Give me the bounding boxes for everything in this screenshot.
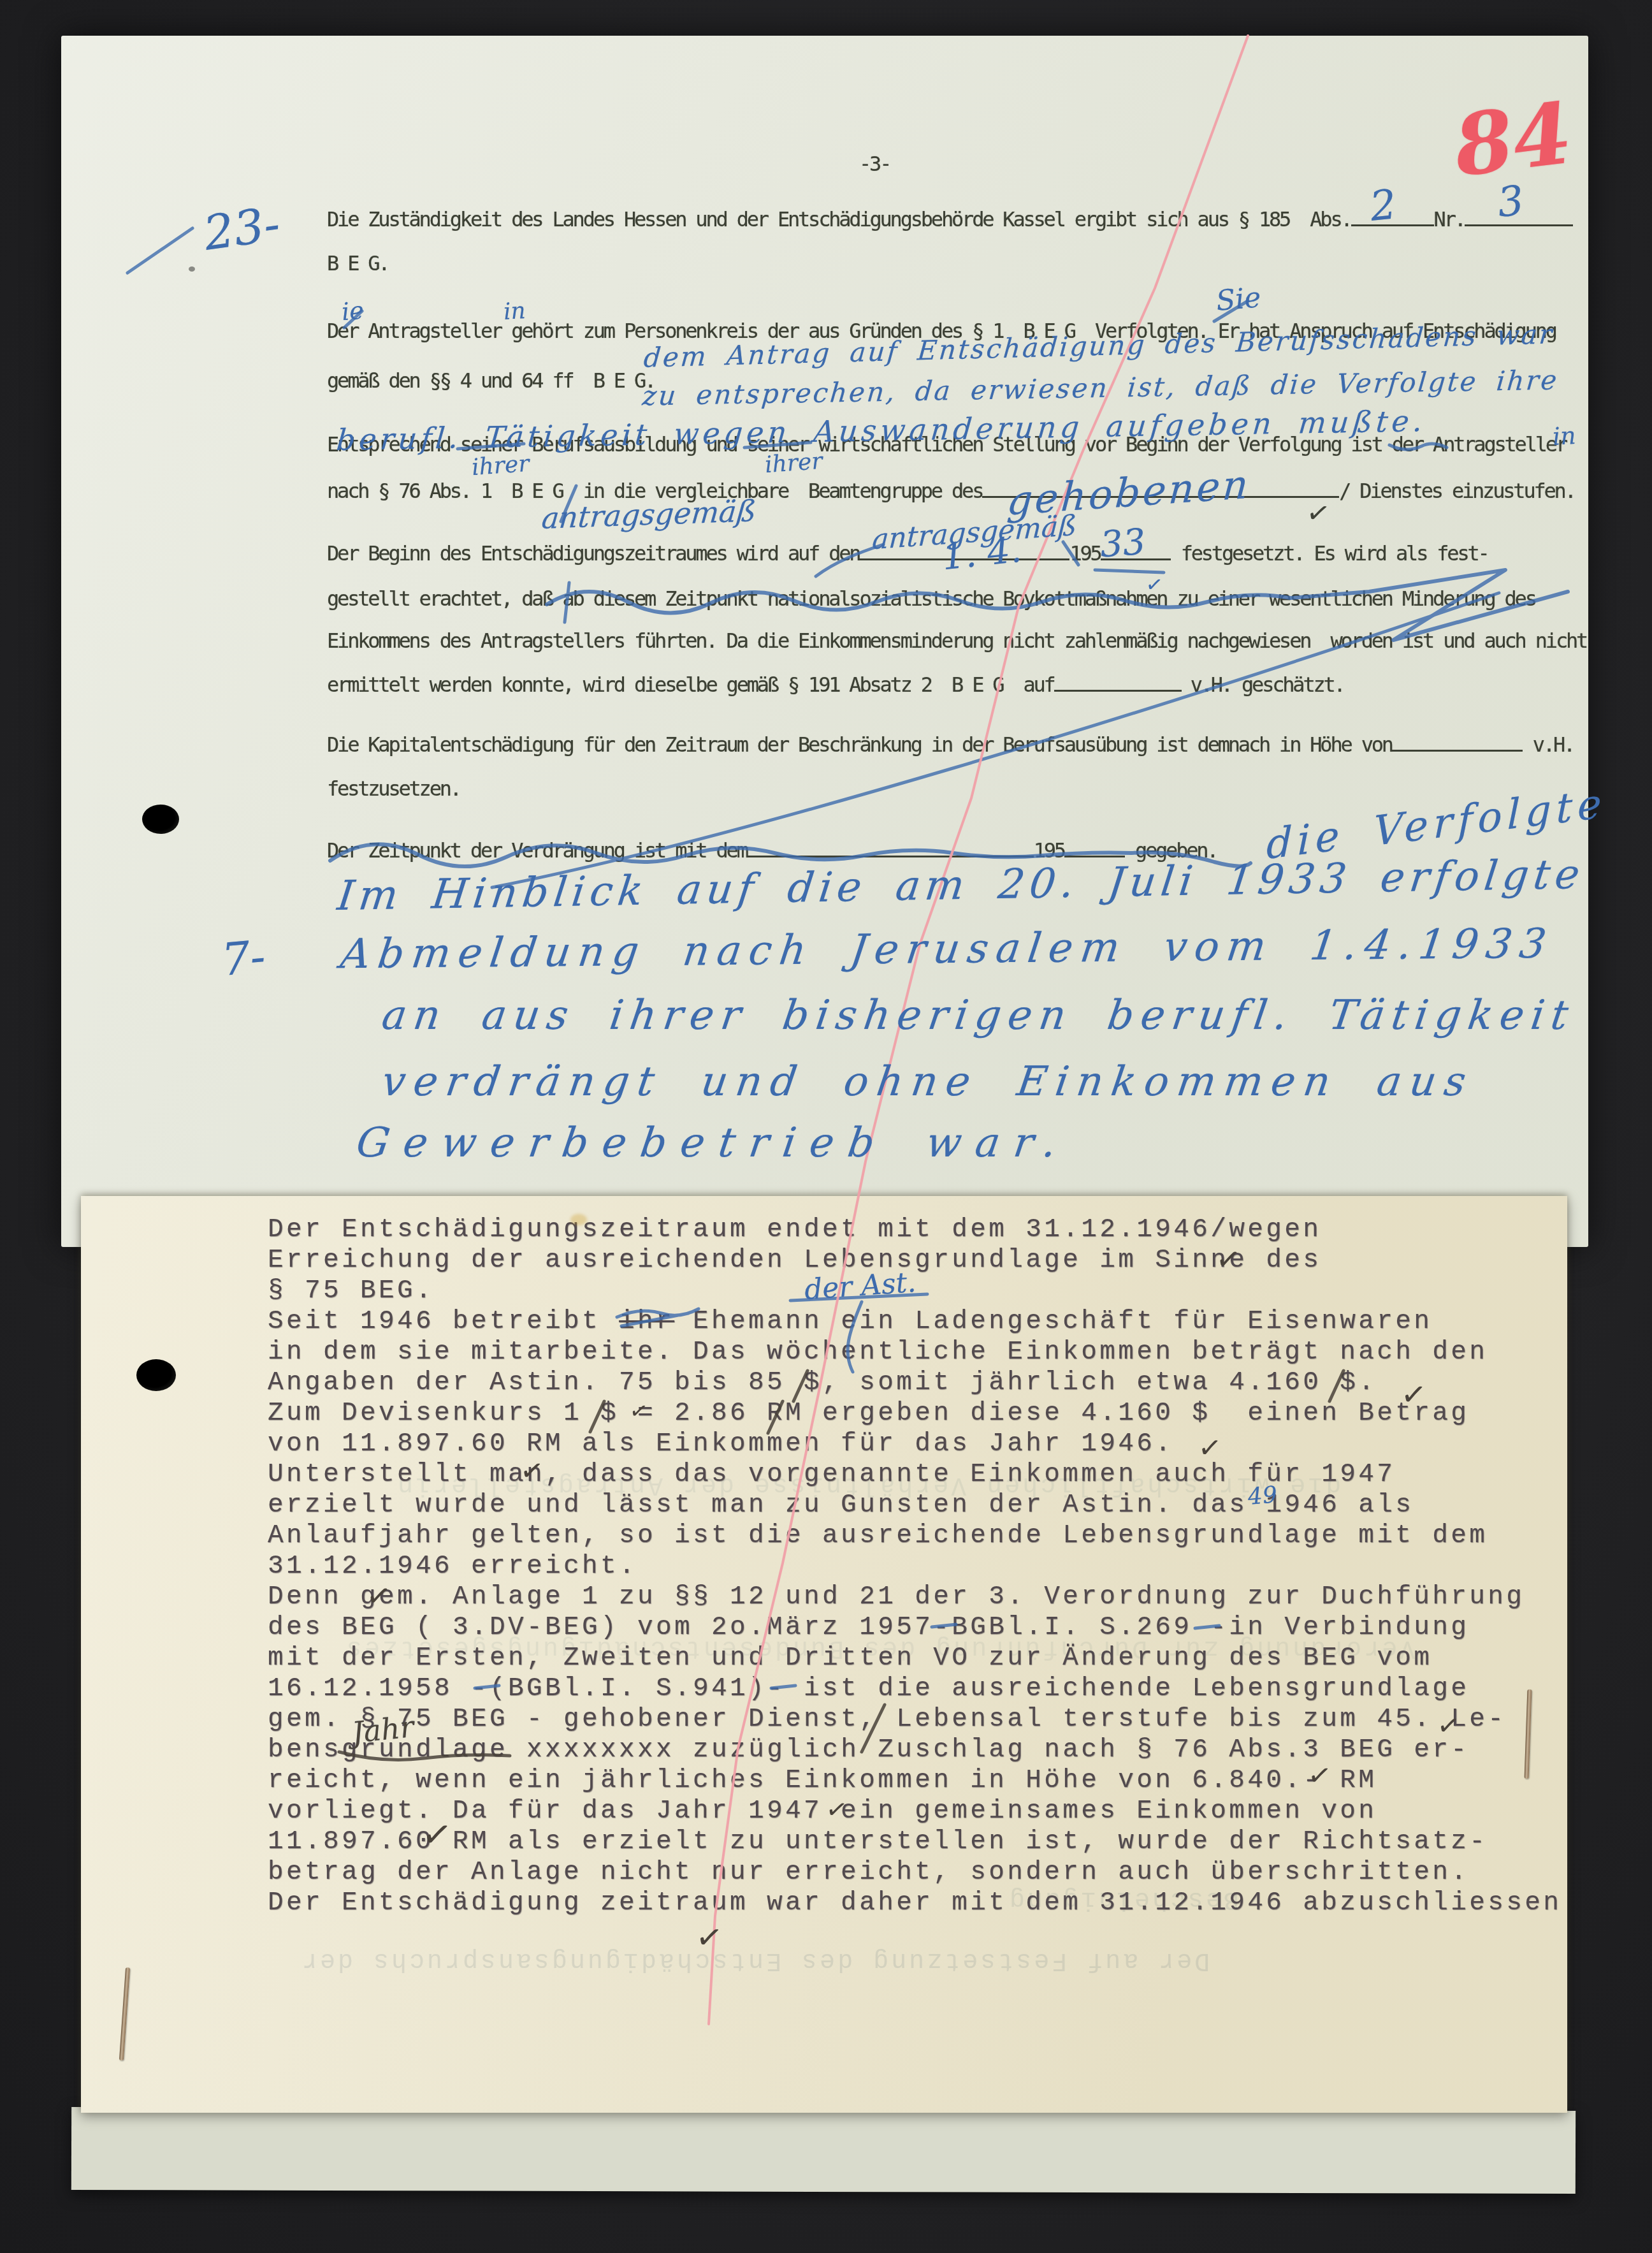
typed-line: in dem sie mitarbeite. Das wöchentliche … (268, 1338, 1488, 1367)
checkmark: ✓ (693, 1917, 725, 1957)
typed-line: Einkommens des Antragstellers führten. D… (327, 629, 1586, 653)
typed-line: bensgrundlage xxxxxxxx zuzüglich Zuschla… (268, 1735, 1469, 1765)
typed-line: 16.12.1958 -(BGBl.I. S.941)- ist die aus… (268, 1674, 1469, 1703)
typed-line: Unterstellt man, dass das vorgenannte Ei… (268, 1460, 1395, 1489)
line-text: / Dienstes einzustufen. (1339, 479, 1575, 503)
form-blank (1392, 731, 1523, 752)
line-text: ermittelt werden konnte, wird dieselbe g… (327, 673, 1054, 697)
handwritten-correction: ie (341, 296, 365, 326)
typed-line: erzielt wurde und lässt man zu Gunsten d… (268, 1491, 1414, 1520)
handwritten-paragraph: verdrängt und ohne Einkommen aus (379, 1058, 1477, 1105)
handwritten-paragraph: an aus ihrer bisherigen berufl. Tätigkei… (379, 992, 1578, 1039)
checkmark: ✓ (1435, 1709, 1462, 1742)
checkmark: ✓ (1196, 1431, 1223, 1466)
paper-smudge (570, 1214, 587, 1225)
page-number: -3- (859, 152, 890, 176)
handwritten-correction: in (1552, 421, 1577, 451)
typed-line: gem. § 75 BEG - gehobener Dienst, Lebens… (268, 1705, 1506, 1734)
checkmark: ✓ (364, 1577, 393, 1615)
checkmark: ✓ (1214, 1241, 1243, 1278)
crossed-word: ihr (619, 1307, 674, 1336)
typed-line: ermittelt werden konnte, wird dieselbe g… (327, 671, 1344, 697)
typed-line: des BEG ( 3.DV-BEG) vom 2o.März 1957-BGB… (268, 1613, 1469, 1642)
typed-line: gestellt erachtet, daß ab diesem Zeitpun… (327, 587, 1535, 611)
typed-line: Der Zeitpunkt der Verdrängung ist mit de… (327, 836, 1217, 863)
typed-line: Der Entschädigungszeitraum endet mit dem… (268, 1215, 1321, 1244)
typed-line: festzusetzen. (327, 777, 460, 801)
form-blank (747, 836, 1034, 857)
line-text: 195 (1069, 541, 1100, 565)
handwritten-paragraph: Gewerbebetrieb war. (354, 1119, 1073, 1167)
typed-line: mit der Ersten, Zweiten und Dritten VO z… (268, 1644, 1432, 1673)
scanned-document: die wirtschaftlichen Verhältnisse der An… (0, 0, 1652, 2253)
typed-line: nach § 76 Abs. 1 B E G in die vergleichb… (327, 477, 1575, 503)
handwritten-correction: Sie (1215, 281, 1262, 317)
checkmark: ✓ (1399, 1376, 1428, 1414)
handwritten-correction: ihrer (764, 448, 823, 478)
typed-line: Zum Devisenkurs 1 $ = 2.86 RM ergeben di… (268, 1399, 1469, 1428)
line-text: festgesetzt. Es wird als fest- (1181, 541, 1488, 565)
checkmark: ✓ (419, 1812, 455, 1858)
typed-line: § 75 BEG. (268, 1276, 434, 1306)
line-text: Der Beginn des Entschädigungszeitraumes … (327, 541, 859, 565)
handwritten-correction: ihrer (471, 451, 530, 481)
paper-speck (189, 266, 195, 272)
typed-line: 31.12.1946 erreicht. (268, 1552, 637, 1581)
typed-line: Seit 1946 betreibt ihr Ehemann ein Laden… (268, 1307, 1432, 1336)
typed-line: von 11.897.60 RM als Einkommen für das J… (268, 1429, 1173, 1459)
handwritten-correction: in (503, 298, 526, 325)
typed-line: Angaben der Astin. 75 bis 85 $, somit jä… (268, 1368, 1377, 1397)
margin-mark-23: 23- (201, 196, 284, 261)
punch-hole (142, 805, 179, 834)
handwritten-fill-year: 33 (1099, 521, 1147, 566)
typed-line: Denn gem. Anlage 1 zu §§ 12 und 21 der 3… (268, 1582, 1525, 1612)
bleedthrough-text: Der auf Festsetzung des Entschädigungsan… (300, 1946, 1210, 1974)
handwritten-fill-abs: 2 (1368, 181, 1398, 231)
typed-line: gemäß den §§ 4 und 64 ff B E G. (327, 368, 655, 393)
underlying-page-edge (71, 2107, 1576, 2194)
typed-line: Erreichung der ausreichenden Lebensgrund… (268, 1246, 1321, 1275)
folio-number: 84 (1449, 84, 1577, 196)
pencil-correction-jahr: Jahr (350, 1709, 416, 1750)
line-text: Nr. (1434, 207, 1465, 231)
line-text: Seit 1946 betreibt (268, 1307, 619, 1336)
line-text: 195 (1034, 838, 1064, 863)
typed-line: betrag der Anlage nicht nur erreicht, so… (268, 1858, 1469, 1887)
checkmark: ✓ (518, 1454, 546, 1489)
punch-hole (136, 1359, 176, 1391)
line-text: bens (268, 1735, 342, 1765)
typed-line: B E G. (327, 251, 388, 275)
line-text: Die Kapitalentschädigung für den Zeitrau… (327, 733, 1392, 757)
line-text: Die Zuständigkeit des Landes Hessen und … (327, 207, 1351, 231)
typed-line: Die Kapitalentschädigung für den Zeitrau… (327, 731, 1574, 757)
typed-line: Der Entschädigung zeitraum war daher mit… (268, 1888, 1561, 1918)
line-text: Der Zeitpunkt der Verdrängung ist mit de… (327, 838, 747, 863)
form-blank (1064, 836, 1125, 857)
line-text: v.H. (1533, 733, 1574, 757)
handwritten-note-49: 49 (1247, 1482, 1278, 1510)
checkmark: ✓ (1144, 571, 1164, 597)
line-text: Ehemann ein Ladengeschäft für Eisenwaren (674, 1307, 1432, 1336)
form-blank (1054, 671, 1182, 692)
typed-line: reicht, wenn ein jährliches Einkommen in… (268, 1766, 1377, 1795)
typed-line: Anlaufjahr gelten, so ist die ausreichen… (268, 1521, 1488, 1550)
line-text: v.H. geschätzt. (1191, 673, 1344, 697)
checkmark: ✓ (1306, 1758, 1334, 1794)
margin-mark-7: 7- (220, 930, 268, 986)
handwritten-fill-date: 1. 4. (940, 529, 1024, 579)
